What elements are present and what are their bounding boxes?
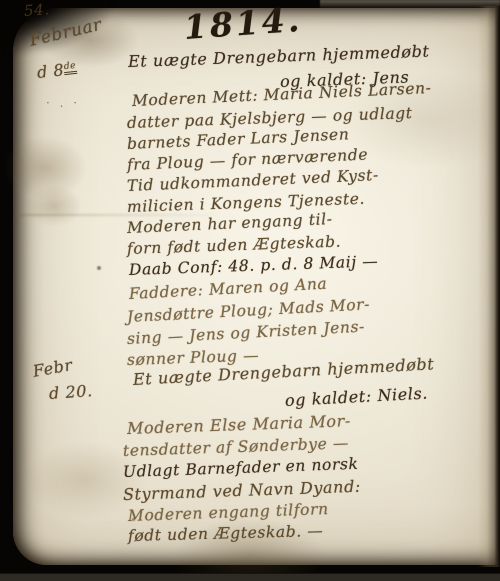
year-heading: 1814. [183, 0, 304, 47]
scan-bottom-edge [0, 573, 500, 581]
ink-dot [97, 266, 101, 270]
register-page-scan: 54. 1814. Februar d 8de Et uægte Drengeb… [0, 0, 500, 581]
page-right-edge [478, 6, 500, 567]
page-number: 54. [23, 0, 50, 20]
ink-specks: · . · [46, 96, 80, 110]
entry1-margin-day-number: d 8 [36, 60, 65, 82]
ink-dot [132, 518, 135, 521]
entry1-margin-day-suffix: de [63, 61, 77, 75]
entry2-margin-day: d 20. [48, 381, 93, 403]
scan-top-edge [320, 0, 500, 9]
